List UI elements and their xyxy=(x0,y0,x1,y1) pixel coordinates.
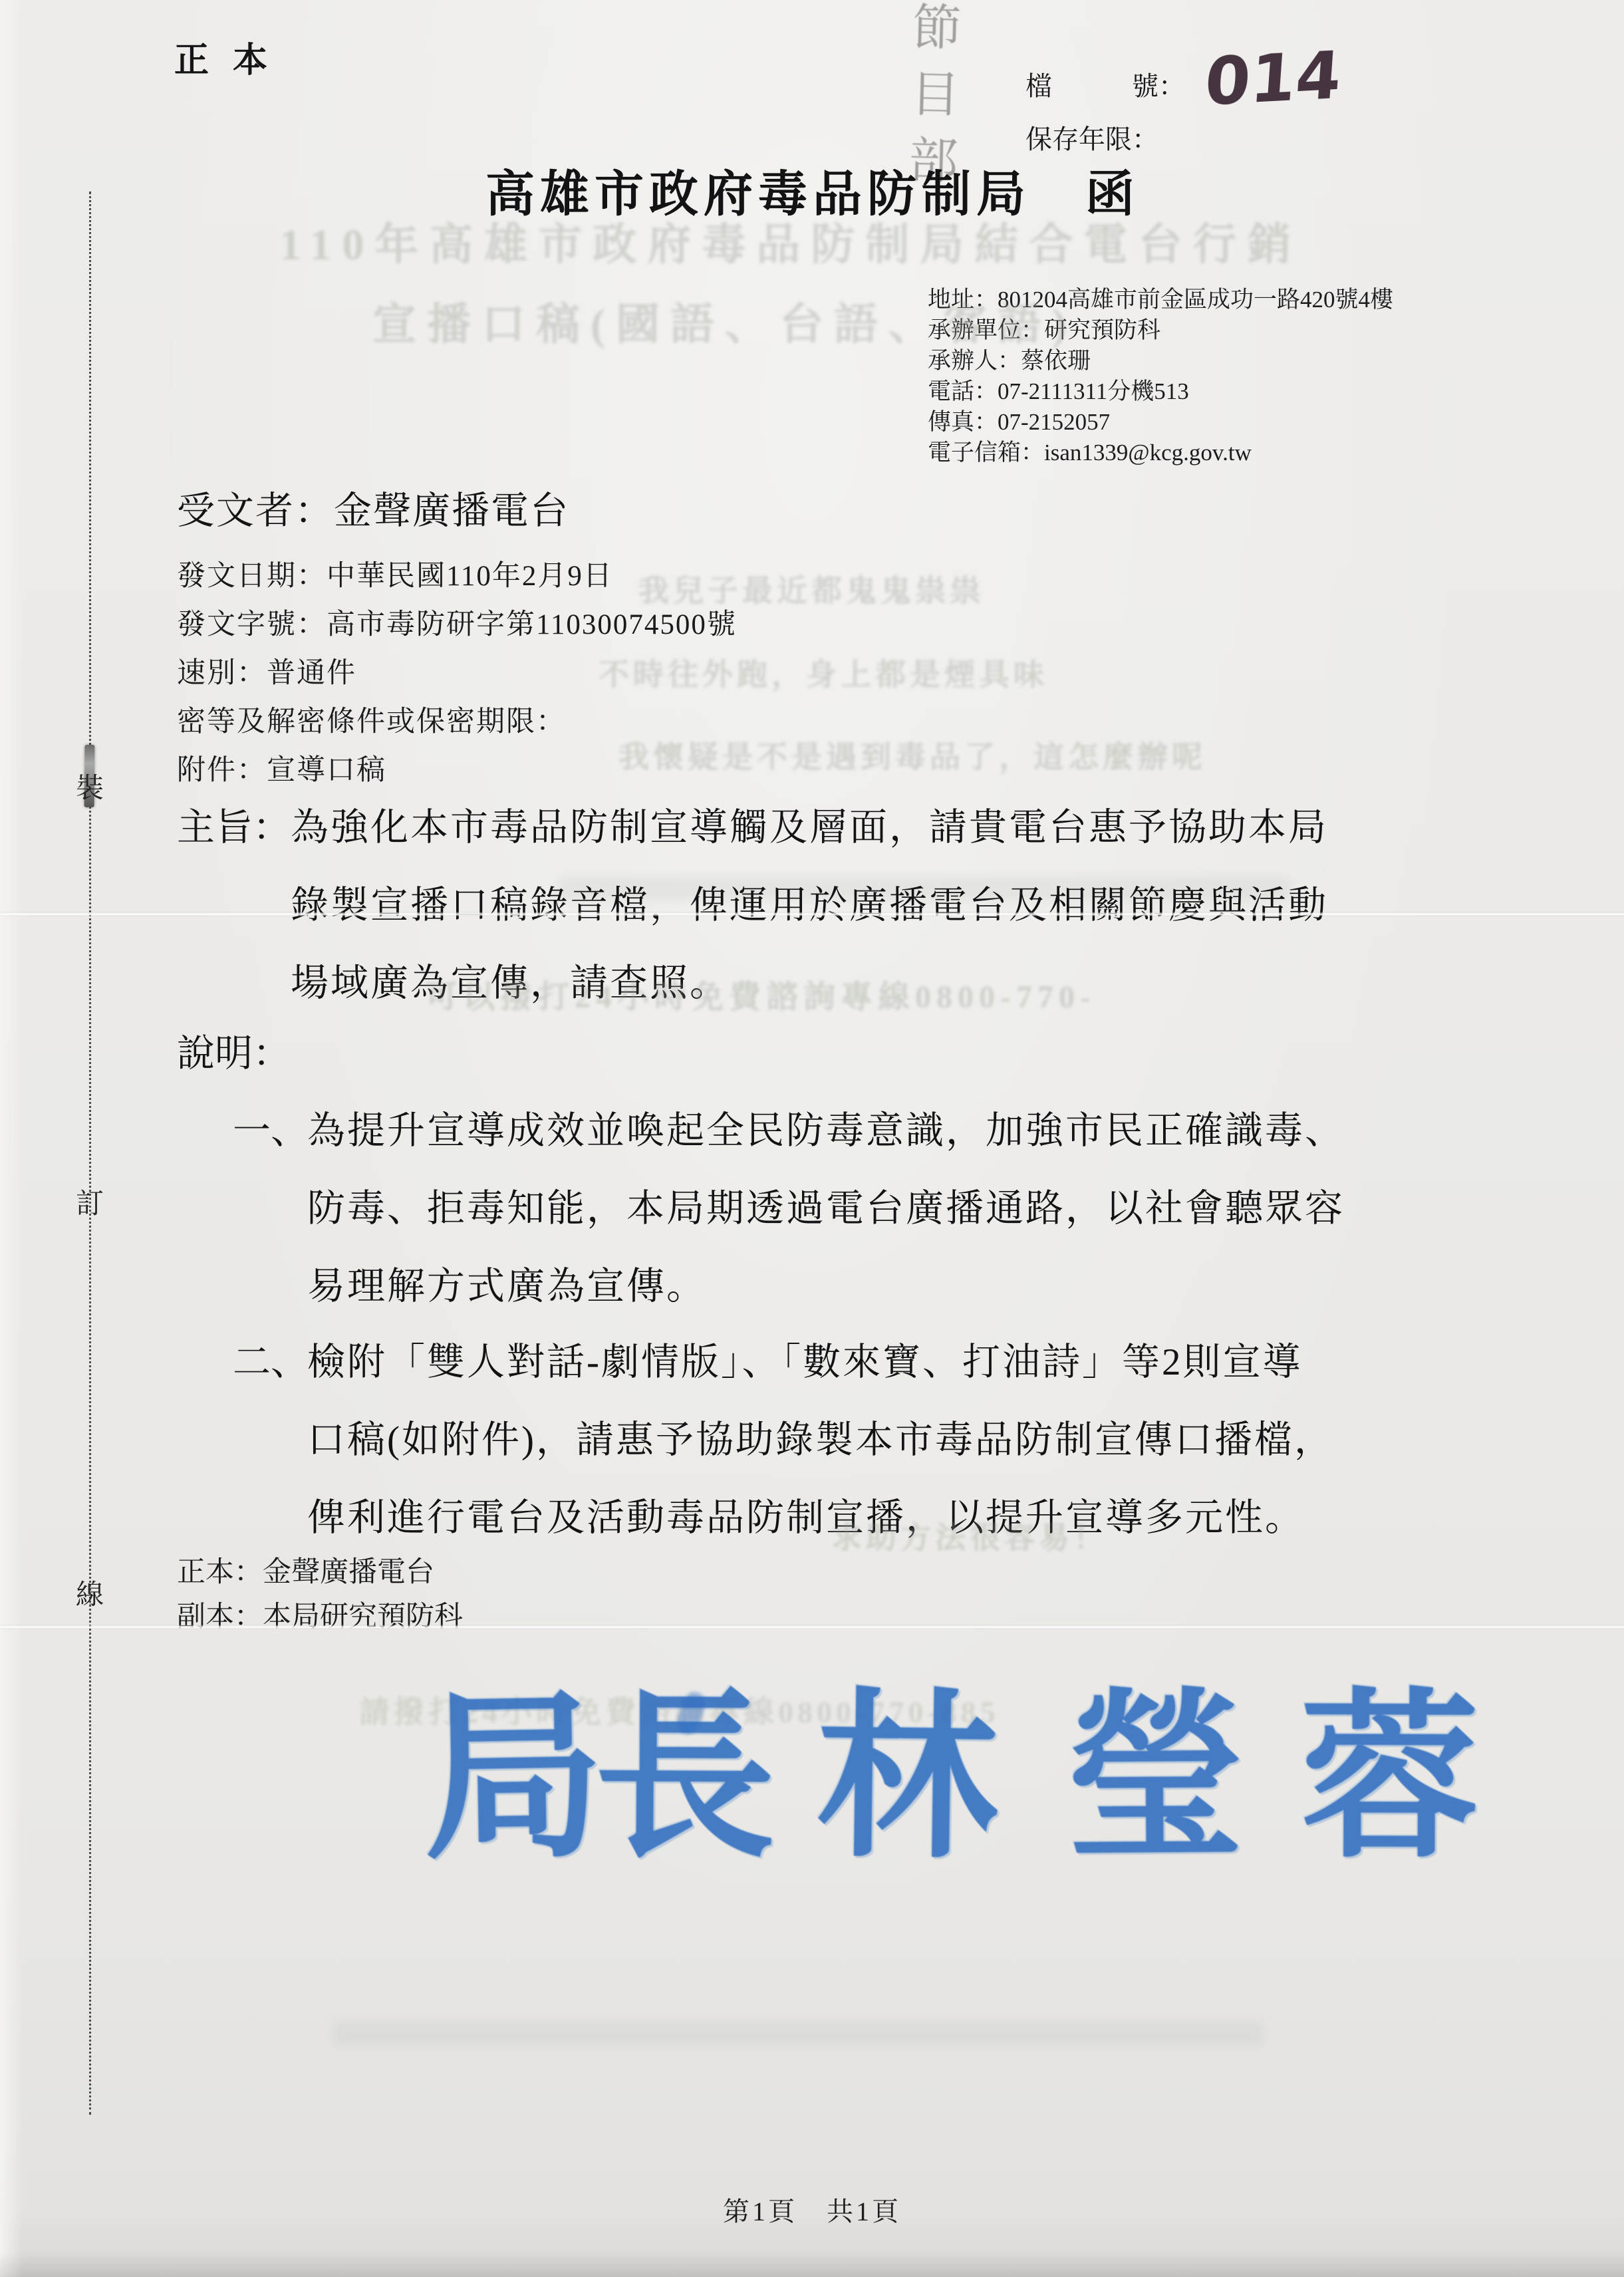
binding-dotted-line xyxy=(89,192,91,2115)
explanation-item1-line: 為提升宣導成效並喚起全民防毒意識，加強市民正確識毒、 xyxy=(307,1112,1345,1150)
ghost-bleedthrough-line: 宣播口稿(國語、台語、客語) xyxy=(372,303,1077,347)
subject-text-line: 為強化本市毒品防制宣導觸及層面，請貴電台惠予協助本局 xyxy=(291,809,1328,847)
subject-label: 主旨： xyxy=(177,809,291,847)
priority-line: 速別：普通件 xyxy=(177,659,356,688)
explanation-item1-line: 防毒、拒毒知能，本局期透過電台廣播通路，以社會聽眾容 xyxy=(307,1190,1345,1228)
director-signature-stamp: 局 長 林 瑩 蓉 xyxy=(423,1689,1480,1870)
retention-period-label: 保存年限： xyxy=(1025,126,1158,153)
contact-person: 承辦人：蔡依珊 xyxy=(928,346,1393,376)
recipient-line: 受文者：金聲廣播電台 xyxy=(177,492,569,530)
classification-line: 密等及解密條件或保密期限： xyxy=(177,708,566,736)
stamp-char: 蓉 xyxy=(1299,1689,1481,1871)
subject-text-line: 錄製宣播口稿錄音檔，俾運用於廣播電台及相關節慶與活動 xyxy=(291,886,1328,924)
contact-phone: 電話：07-2111311分機513 xyxy=(928,376,1393,407)
paper-left-edge xyxy=(0,0,23,2277)
binding-mark-zhuang: 裝 xyxy=(76,775,104,803)
binding-mark-ding: 訂 xyxy=(76,1190,104,1218)
paper-bottom-edge xyxy=(0,2252,1624,2277)
explanation-item2-line: 俾利進行電台及活動毒品防制宣播，以提升宣導多元性。 xyxy=(307,1499,1305,1537)
stamp-char: 瑩 xyxy=(1063,1688,1246,1871)
stamp-char: 林 xyxy=(815,1688,999,1871)
ghost-bleedthrough-smudge xyxy=(333,2022,1264,2046)
issue-date-line: 發文日期：中華民國110年2月9日 xyxy=(177,562,613,591)
document-title: 高雄市政府毒品防制局 函 xyxy=(485,170,1140,219)
explanation-item2-line: 檢附「雙人對話-劇情版」、「數來寶、打油詩」等2則宣導 xyxy=(307,1343,1302,1381)
ghost-bleedthrough-line: 可以撥打24小時免費諮詢專線0800-770- xyxy=(426,982,1096,1013)
ghost-bleedthrough-line: 不時往外跑，身上都是煙具味 xyxy=(599,660,1048,690)
copy-type-label: 正本 xyxy=(174,44,291,78)
file-number-label: 檔 號： xyxy=(1025,73,1185,100)
file-number-handwritten-value: 014 xyxy=(1203,43,1343,115)
explanation-item2-marker: 二、 xyxy=(233,1343,309,1381)
binding-mark-xian: 線 xyxy=(76,1581,104,1609)
original-copy-line: 正本：金聲廣播電台 xyxy=(177,1558,434,1587)
paper-fold-crease xyxy=(0,1625,1624,1629)
contact-email: 電子信箱：isan1339@kcg.gov.tw xyxy=(928,438,1393,468)
ghost-bleedthrough-line: 110年高雄市政府毒品防制局結合電台行銷 xyxy=(279,223,1301,267)
explanation-item1-marker: 一、 xyxy=(233,1112,309,1150)
stamp-char: 局 xyxy=(422,1688,606,1872)
explanation-label: 說明： xyxy=(177,1035,291,1073)
explanation-item2-line: 口稿(如附件)，請惠予協助錄製本市毒品防制宣傳口播檔， xyxy=(307,1421,1334,1459)
ghost-bleedthrough-line: 我兒子最近都鬼鬼祟祟 xyxy=(638,576,984,606)
page-number-footer: 第1頁 共1頁 xyxy=(0,2199,1624,2225)
attachment-line: 附件：宣導口稿 xyxy=(177,756,386,785)
explanation-item1-line: 易理解方式廣為宣傳。 xyxy=(307,1268,706,1305)
contact-fax: 傳真：07-2152057 xyxy=(928,407,1393,438)
ghost-bleedthrough-line: 求助方法很容易！ xyxy=(831,1523,1108,1553)
reference-number-line: 發文字號：高市毒防研字第11030074500號 xyxy=(177,610,737,639)
ghost-bleedthrough-line: 我懷疑是不是遇到毒品了，這怎麼辦呢 xyxy=(618,742,1206,773)
paper-fold-crease xyxy=(0,912,1624,916)
